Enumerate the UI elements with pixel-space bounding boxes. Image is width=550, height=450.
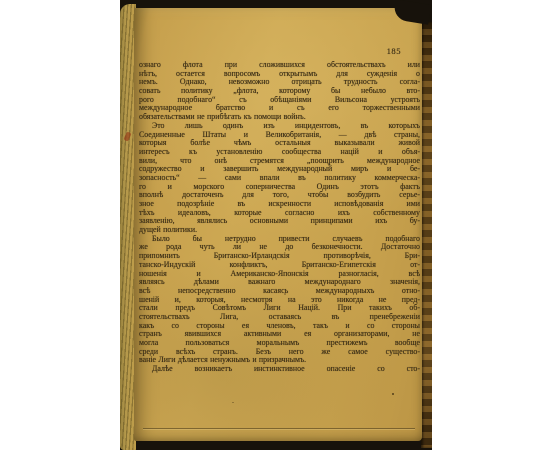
text-line: ознаго флота при сложившихся обстоятельс… bbox=[139, 61, 420, 70]
text-line: шеній и, которыя, несмотря на это никогд… bbox=[139, 296, 420, 305]
text-line: являясь дѣлами важнаго международнаго зн… bbox=[139, 278, 420, 287]
book-fore-edge bbox=[421, 22, 432, 448]
text-line: обязательствами не прибѣгать къ помощи в… bbox=[139, 113, 420, 122]
text-line: какъ со стороны ея членовъ, такъ и со ст… bbox=[139, 322, 420, 331]
text-line: ваніе Лиги дѣлается ненужнымъ и призрачн… bbox=[139, 356, 420, 365]
text-line: го и морского соперничества Одинъ этотъ … bbox=[139, 183, 420, 192]
text-line: Было бы нетрудно привести случаевъ подоб… bbox=[139, 235, 420, 244]
book-page: 185 ознаго флота при сложившихся обстоят… bbox=[134, 8, 422, 441]
page-text-block: ознаго флота при сложившихся обстоятельс… bbox=[139, 61, 420, 374]
text-line: могла пользоваться моральнымъ престижемъ… bbox=[139, 339, 420, 348]
text-line: международное братство и съ его торжеств… bbox=[139, 104, 420, 113]
text-line: которыя болѣе чѣмъ остальныя выказывали … bbox=[139, 139, 420, 148]
paper-speck bbox=[284, 293, 286, 295]
text-line: тѣхъ идеаловъ, которые согласно ихъ собс… bbox=[139, 209, 420, 218]
text-line: Это лишь одинъ изъ инцидентовъ, въ котор… bbox=[139, 122, 420, 131]
text-line: дущей политики. bbox=[139, 226, 420, 235]
text-line: припомнить Британско-Ирландскія противор… bbox=[139, 252, 420, 261]
text-line: совать политику „флота, которому бы небы… bbox=[139, 87, 420, 96]
text-line: рого подобнаго“ съ обѣщаніями Вильсона у… bbox=[139, 96, 420, 105]
book-photo: 185 ознаго флота при сложившихся обстоят… bbox=[120, 0, 432, 450]
text-line: немъ. Однако, невозможно отрицать трудно… bbox=[139, 78, 420, 87]
text-line: зопасность“ — сами впали въ политику ком… bbox=[139, 174, 420, 183]
paper-speck bbox=[392, 393, 394, 395]
worn-corner bbox=[393, 0, 432, 25]
text-line: странъ явившихся активными ея организато… bbox=[139, 330, 420, 339]
text-line: же рода чуть ли не до безконечности. Дос… bbox=[139, 243, 420, 252]
text-line: всѣ непосредственно касаясь международны… bbox=[139, 287, 420, 296]
text-line: вили, что онѣ стремятся „поощрить междун… bbox=[139, 157, 420, 166]
text-line: стоятельствахъ Лига, оставаясь въ пренеб… bbox=[139, 313, 420, 322]
text-line: нѣтъ, остается вопросомъ открытымъ для с… bbox=[139, 70, 420, 79]
text-line: зное подозрѣніе въ искренности исповѣдов… bbox=[139, 200, 420, 209]
text-line: вполнѣ достаточенъ для того, чтобы возбу… bbox=[139, 191, 420, 200]
text-line: ношенія и Американско-Японскія разноглас… bbox=[139, 270, 420, 279]
page-crease bbox=[143, 428, 415, 429]
paper-speck bbox=[232, 402, 234, 404]
text-line: среди всѣхъ странъ. Безъ него же самое с… bbox=[139, 348, 420, 357]
text-line: заявленію, являлись основными принципами… bbox=[139, 217, 420, 226]
text-line: интересъ къ установленію сообщества наці… bbox=[139, 148, 420, 157]
text-line: танско-Индускій конфликтъ, Британско-Еги… bbox=[139, 261, 420, 270]
text-line: содружество и завершить международный ми… bbox=[139, 165, 420, 174]
edge-scratch-mark bbox=[123, 131, 131, 141]
text-line: Далѣе возникаетъ инстинктивное опасеніе … bbox=[139, 365, 420, 374]
text-line: стали предъ Совѣтомъ Лиги Націй. При так… bbox=[139, 304, 420, 313]
page-number: 185 bbox=[387, 46, 401, 56]
text-line: Соединенные Штаты и Великобританія, — дв… bbox=[139, 131, 420, 140]
